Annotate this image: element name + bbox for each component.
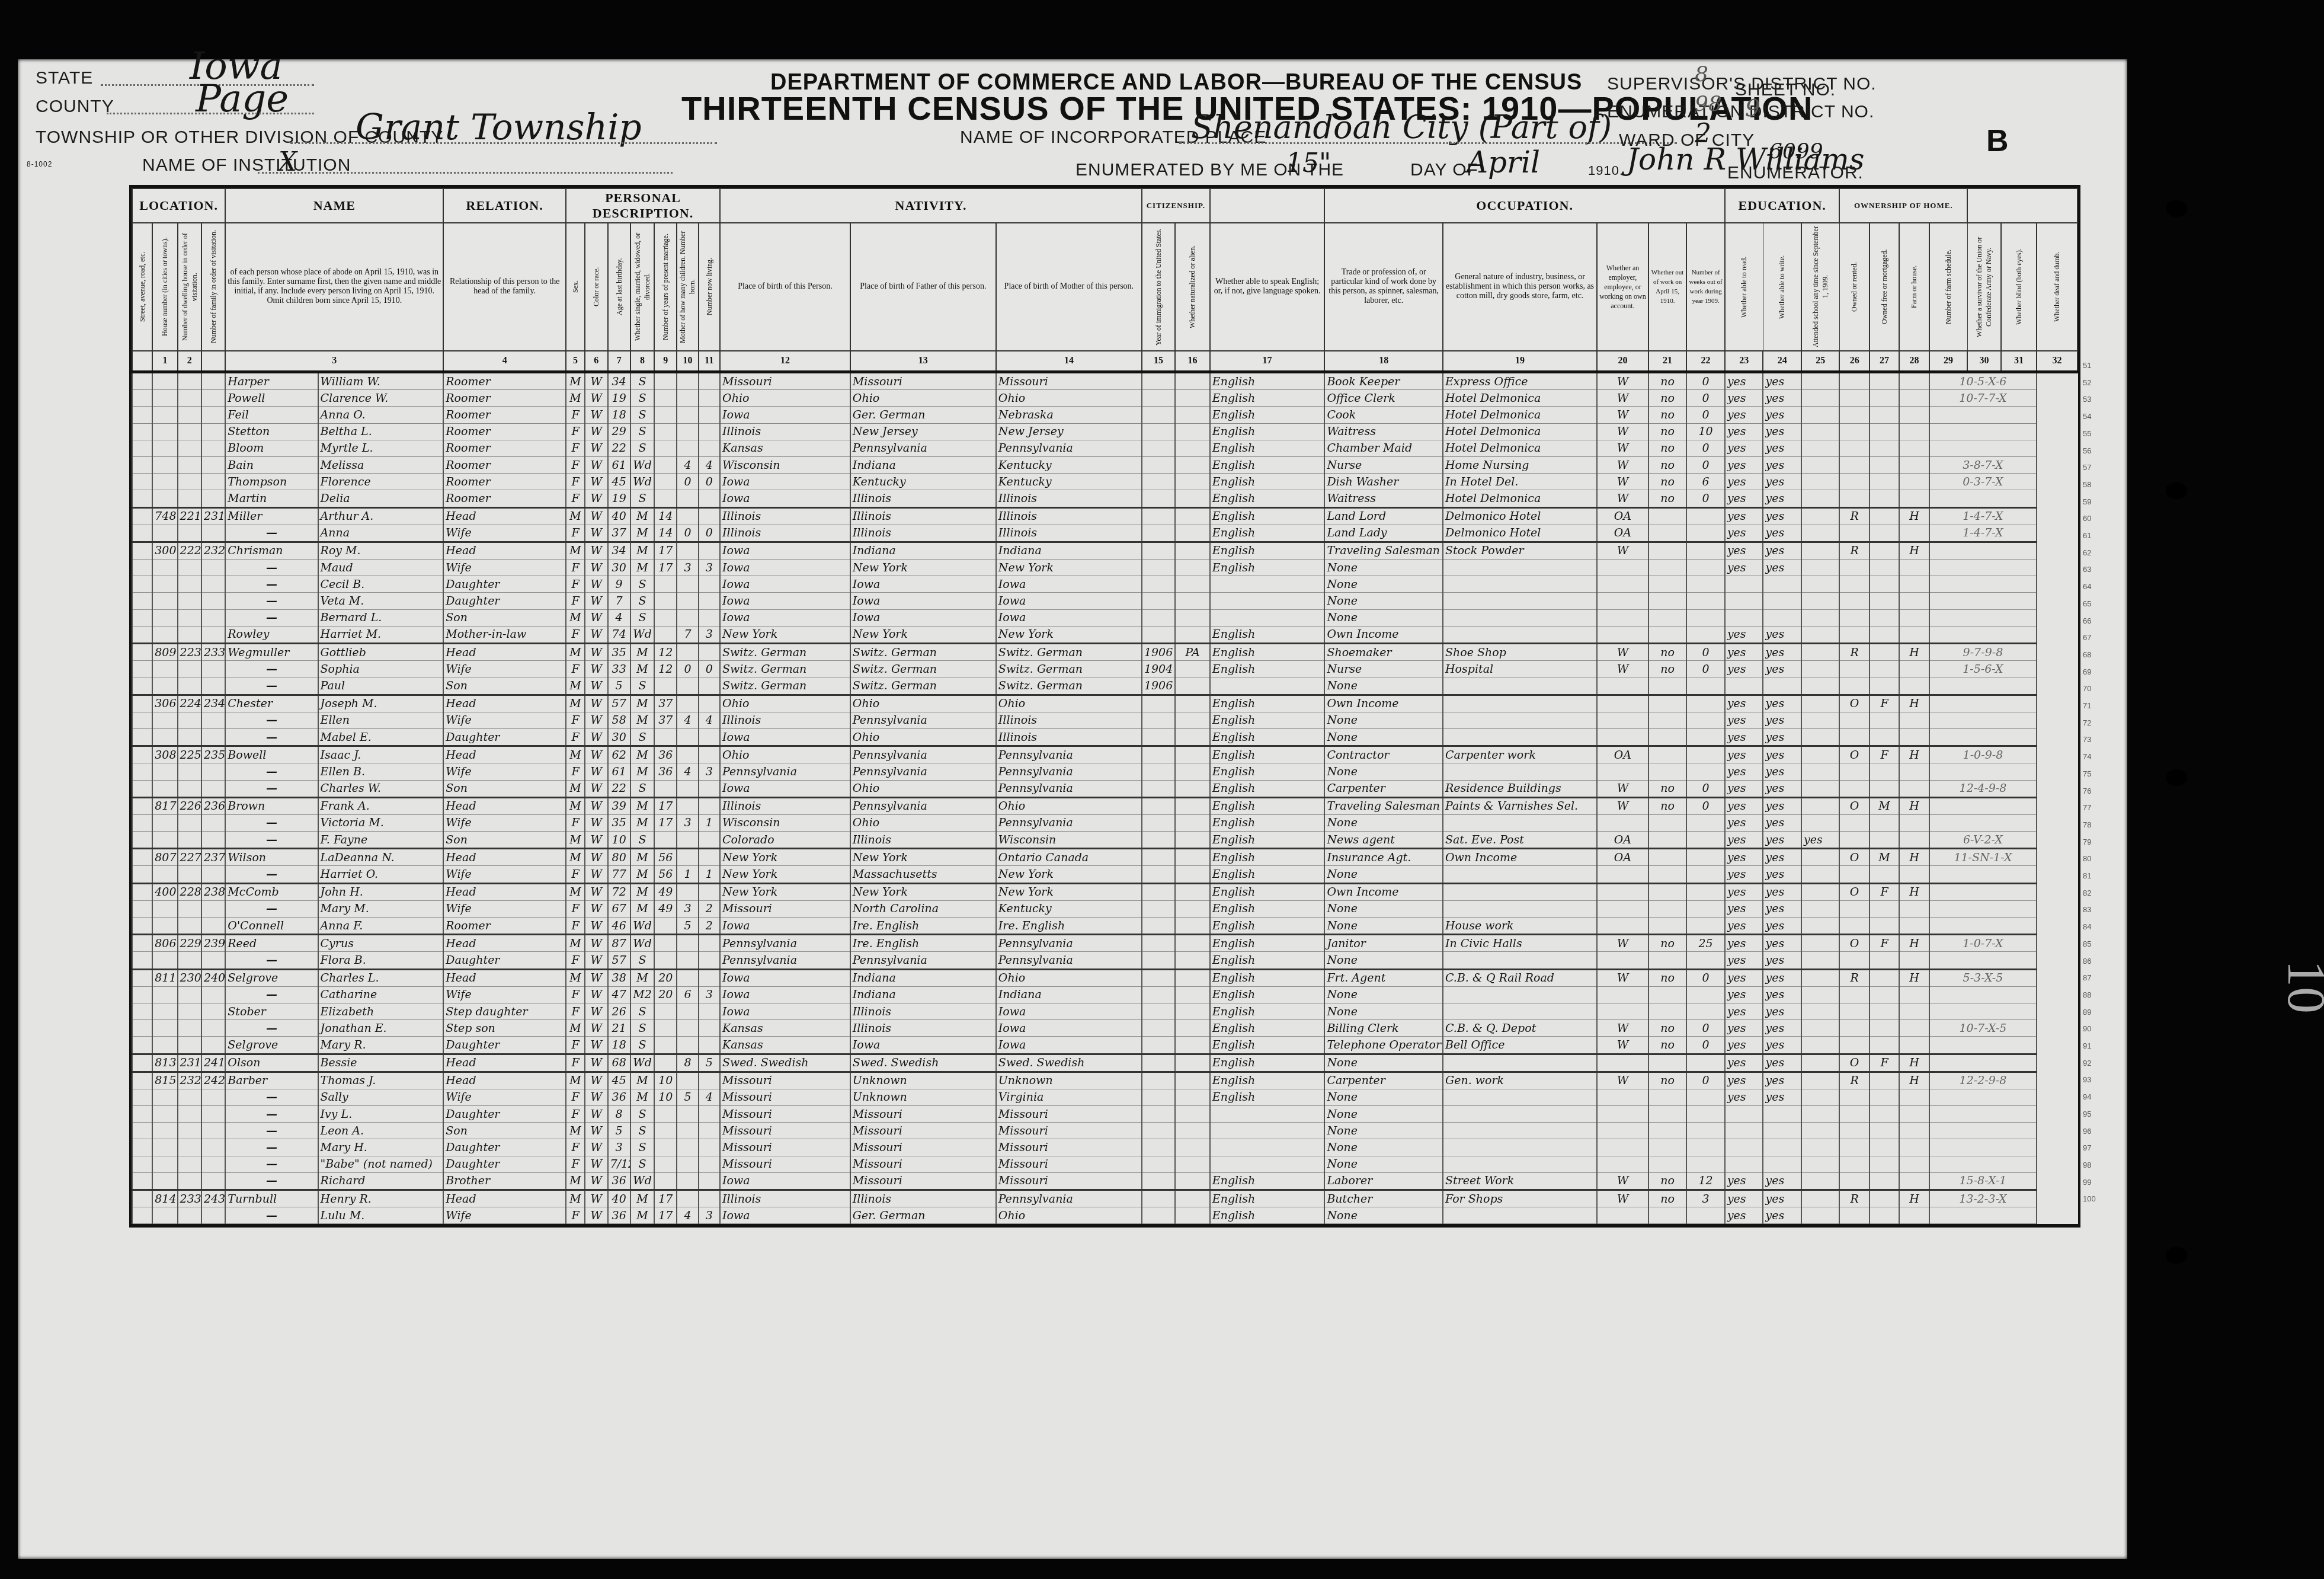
cell-trade: Billing Clerk — [1324, 1020, 1443, 1037]
cell-sched-a — [1929, 695, 2037, 712]
line-number: 61 — [2083, 531, 2091, 540]
cell-sex: M — [566, 507, 585, 525]
cell-marital: S — [630, 1139, 654, 1156]
cell-family: 239 — [201, 935, 225, 952]
cell-weeks — [1686, 918, 1725, 935]
cell-dwelling — [178, 661, 201, 677]
table-row: 308225235BowellIsaac J.HeadMW62M36OhioPe… — [132, 746, 2077, 763]
cell-pob-m: Illinois — [996, 490, 1142, 507]
cell-imm: 1906 — [1142, 644, 1175, 661]
cell-born: 4 — [677, 456, 698, 473]
cell-living — [699, 935, 720, 952]
cell-born: 4 — [677, 1207, 698, 1224]
cell-living — [699, 832, 720, 849]
cell-read — [1725, 593, 1763, 609]
line-number: 95 — [2083, 1110, 2091, 1118]
cell-trade: Traveling Salesman — [1324, 542, 1443, 559]
cell-read: yes — [1725, 507, 1763, 525]
cell-oow — [1648, 507, 1687, 525]
cell-own — [1839, 780, 1869, 797]
cell-nat — [1175, 969, 1209, 986]
cell-family — [201, 390, 225, 407]
cell-write: yes — [1763, 542, 1801, 559]
hdr-blind: Whether blind (both eyes). — [2001, 223, 2037, 351]
cell-house: 809 — [152, 644, 177, 661]
cell-age: 18 — [608, 1037, 630, 1054]
line-number: 93 — [2083, 1075, 2091, 1084]
cell-emp — [1597, 1003, 1648, 1019]
cell-pob-f: Missouri — [850, 1123, 996, 1139]
cell-living: 4 — [699, 712, 720, 728]
cell-imm — [1142, 935, 1175, 952]
cell-pob-f: Switz. German — [850, 644, 996, 661]
cell-born — [677, 1037, 698, 1054]
cell-industry: Express Office — [1443, 372, 1597, 390]
cell-race: W — [585, 695, 607, 712]
cell-sched-a: 11-SN-1-X — [1929, 849, 2037, 866]
cell-trade: None — [1324, 576, 1443, 593]
cell-weeks: 0 — [1686, 644, 1725, 661]
cell-living: 4 — [699, 456, 720, 473]
cell-living — [699, 1072, 720, 1089]
cell-write: yes — [1763, 1089, 1801, 1105]
cell-sex: M — [566, 849, 585, 866]
cell-yrs: 14 — [654, 525, 677, 542]
cell-pob-f: Indiana — [850, 969, 996, 986]
cell-free — [1870, 677, 1899, 695]
table-row: BainMelissaRoomerFW61Wd44WisconsinIndian… — [132, 456, 2077, 473]
line-number: 92 — [2083, 1059, 2091, 1067]
line-number: 71 — [2083, 701, 2091, 710]
cell-born: 5 — [677, 918, 698, 935]
cell-relation: Daughter — [443, 593, 566, 609]
cell-weeks: 0 — [1686, 372, 1725, 390]
cell-industry: Hotel Delmonica — [1443, 490, 1597, 507]
township-line — [290, 142, 717, 144]
cell-surname: Rowley — [225, 626, 318, 643]
cell-yrs: 49 — [654, 900, 677, 917]
cell-nat — [1175, 952, 1209, 969]
table-row: 300222232ChrismanRoy M.HeadMW34M17IowaIn… — [132, 542, 2077, 559]
cell-surname: Bloom — [225, 440, 318, 456]
cell-relation: Daughter — [443, 1037, 566, 1054]
cell-race: W — [585, 372, 607, 390]
cell-yrs — [654, 423, 677, 440]
cell-own — [1839, 576, 1869, 593]
cell-weeks — [1686, 1106, 1725, 1123]
cell-pob: Illinois — [720, 507, 850, 525]
cell-pob-f: Illinois — [850, 1190, 996, 1207]
cell-dwelling — [178, 609, 201, 626]
census-rows: HarperWilliam W.RoomerMW34SMissouriMisso… — [132, 372, 2077, 1224]
cell-own — [1839, 525, 1869, 542]
cell-free: M — [1870, 849, 1899, 866]
cell-emp: W — [1597, 1037, 1648, 1054]
cell-pob: Missouri — [720, 372, 850, 390]
cell-nat — [1175, 560, 1209, 576]
cell-imm — [1142, 1106, 1175, 1123]
group-location: LOCATION. — [132, 188, 225, 223]
cell-school — [1801, 763, 1840, 780]
cell-pob-f: Indiana — [850, 542, 996, 559]
cell-farm — [1899, 814, 1929, 831]
cell-pob: Ohio — [720, 390, 850, 407]
cell-marital: S — [630, 728, 654, 746]
cell-given: Harriet M. — [318, 626, 444, 643]
cell-pob: Ohio — [720, 695, 850, 712]
cell-house: 817 — [152, 797, 177, 814]
cell-write: yes — [1763, 1072, 1801, 1089]
cell-surname: — — [225, 763, 318, 780]
table-row: —Jonathan E.Step sonMW21SKansasIllinoisI… — [132, 1020, 2077, 1037]
cell-age: 46 — [608, 918, 630, 935]
cell-sex: F — [566, 952, 585, 969]
cell-pob-f: Massachusetts — [850, 866, 996, 883]
cell-race: W — [585, 763, 607, 780]
cell-given: "Babe" (not named) — [318, 1156, 444, 1172]
cell-free — [1870, 474, 1899, 490]
cell-age: 39 — [608, 797, 630, 814]
cell-sched-a — [1929, 728, 2037, 746]
cell-given: Jonathan E. — [318, 1020, 444, 1037]
cell-school — [1801, 507, 1840, 525]
colnum: 1 — [152, 351, 177, 372]
cell-family — [201, 728, 225, 746]
cell-nat — [1175, 576, 1209, 593]
cell-yrs — [654, 407, 677, 423]
cell-yrs — [654, 1054, 677, 1072]
cell-oow: no — [1648, 1020, 1687, 1037]
cell-industry: Sat. Eve. Post — [1443, 832, 1597, 849]
cell-street — [132, 525, 152, 542]
cell-emp: W — [1597, 456, 1648, 473]
cell-marital: S — [630, 390, 654, 407]
group-personal: PERSONAL DESCRIPTION. — [566, 188, 720, 223]
cell-nat — [1175, 593, 1209, 609]
cell-industry: Delmonico Hotel — [1443, 525, 1597, 542]
cell-family — [201, 900, 225, 917]
cell-age: 19 — [608, 390, 630, 407]
cell-house — [152, 986, 177, 1003]
colnum: 31 — [2001, 351, 2037, 372]
cell-marital: M — [630, 866, 654, 883]
cell-write: yes — [1763, 661, 1801, 677]
cell-emp: OA — [1597, 507, 1648, 525]
cell-given: Ellen — [318, 712, 444, 728]
cell-relation: Roomer — [443, 456, 566, 473]
cell-nat — [1175, 1123, 1209, 1139]
cell-farm — [1899, 918, 1929, 935]
cell-read: yes — [1725, 1190, 1763, 1207]
cell-sex: M — [566, 644, 585, 661]
cell-write: yes — [1763, 507, 1801, 525]
cell-pob-m: Kentucky — [996, 456, 1142, 473]
cell-house — [152, 525, 177, 542]
cell-school — [1801, 1106, 1840, 1123]
cell-emp — [1597, 814, 1648, 831]
group-education: EDUCATION. — [1725, 188, 1840, 223]
cell-family — [201, 1123, 225, 1139]
table-row: FeilAnna O.RoomerFW18SIowaGer. GermanNeb… — [132, 407, 2077, 423]
cell-trade: Own Income — [1324, 695, 1443, 712]
cell-school — [1801, 883, 1840, 900]
cell-sex: F — [566, 407, 585, 423]
cell-living: 0 — [699, 661, 720, 677]
cell-nat — [1175, 866, 1209, 883]
cell-own — [1839, 1123, 1869, 1139]
cell-pob-m: Iowa — [996, 576, 1142, 593]
cell-school — [1801, 1156, 1840, 1172]
cell-trade: Dish Washer — [1324, 474, 1443, 490]
line-number: 62 — [2083, 548, 2091, 557]
cell-industry — [1443, 712, 1597, 728]
cell-read: yes — [1725, 935, 1763, 952]
cell-emp: W — [1597, 542, 1648, 559]
cell-nat — [1175, 661, 1209, 677]
cell-own: R — [1839, 507, 1869, 525]
cell-sched-a — [1929, 609, 2037, 626]
cell-own: O — [1839, 746, 1869, 763]
cell-trade: News agent — [1324, 832, 1443, 849]
cell-trade: Laborer — [1324, 1172, 1443, 1190]
cell-oow: no — [1648, 423, 1687, 440]
cell-relation: Wife — [443, 525, 566, 542]
cell-industry — [1443, 1089, 1597, 1105]
cell-living — [699, 797, 720, 814]
cell-school — [1801, 1054, 1840, 1072]
cell-free — [1870, 728, 1899, 746]
cell-street — [132, 542, 152, 559]
cell-yrs — [654, 456, 677, 473]
cell-nat — [1175, 814, 1209, 831]
cell-yrs — [654, 780, 677, 797]
cell-farm — [1899, 440, 1929, 456]
cell-given: Veta M. — [318, 593, 444, 609]
cell-write: yes — [1763, 712, 1801, 728]
cell-marital: Wd — [630, 456, 654, 473]
cell-farm — [1899, 525, 1929, 542]
enumeration-month: April — [1467, 145, 1540, 180]
cell-dwelling — [178, 780, 201, 797]
cell-industry: C.B. & Q. Depot — [1443, 1020, 1597, 1037]
cell-dwelling — [178, 1123, 201, 1139]
cell-own — [1839, 474, 1869, 490]
cell-pob-m: Switz. German — [996, 661, 1142, 677]
cell-industry — [1443, 576, 1597, 593]
cell-surname: Wegmuller — [225, 644, 318, 661]
cell-write: yes — [1763, 935, 1801, 952]
cell-farm — [1899, 576, 1929, 593]
cell-school — [1801, 780, 1840, 797]
cell-yrs — [654, 576, 677, 593]
cell-family — [201, 1003, 225, 1019]
cell-relation: Son — [443, 609, 566, 626]
cell-lang: English — [1210, 1054, 1325, 1072]
cell-school — [1801, 1190, 1840, 1207]
cell-house — [152, 866, 177, 883]
cell-sched-a: 1-4-7-X — [1929, 507, 2037, 525]
cell-race: W — [585, 1139, 607, 1156]
hdr-deaf: Whether deaf and dumb. — [2037, 223, 2077, 351]
cell-surname: Wilson — [225, 849, 318, 866]
cell-nat — [1175, 677, 1209, 695]
cell-nat — [1175, 525, 1209, 542]
cell-read: yes — [1725, 474, 1763, 490]
cell-own — [1839, 1172, 1869, 1190]
cell-yrs — [654, 832, 677, 849]
hdr-owned: Owned or rented. — [1839, 223, 1869, 351]
hdr-birth-person: Place of birth of this Person. — [720, 223, 850, 351]
cell-pob: Iowa — [720, 969, 850, 986]
cell-marital: S — [630, 609, 654, 626]
cell-free — [1870, 525, 1899, 542]
cell-born: 4 — [677, 712, 698, 728]
colnum: 15 — [1142, 351, 1175, 372]
cell-age: 26 — [608, 1003, 630, 1019]
cell-marital: M — [630, 644, 654, 661]
cell-industry: Shoe Shop — [1443, 644, 1597, 661]
cell-street — [132, 440, 152, 456]
cell-age: 30 — [608, 560, 630, 576]
cell-yrs — [654, 1037, 677, 1054]
cell-race: W — [585, 609, 607, 626]
cell-pob-m: New York — [996, 866, 1142, 883]
cell-read: yes — [1725, 1207, 1763, 1224]
cell-house: 400 — [152, 883, 177, 900]
cell-read: yes — [1725, 490, 1763, 507]
cell-school — [1801, 952, 1840, 969]
cell-pob: Iowa — [720, 1172, 850, 1190]
line-number: 64 — [2083, 582, 2091, 591]
cell-given: Lulu M. — [318, 1207, 444, 1224]
cell-born — [677, 728, 698, 746]
cell-family: 238 — [201, 883, 225, 900]
cell-imm — [1142, 866, 1175, 883]
cell-oow — [1648, 1089, 1687, 1105]
line-number: 69 — [2083, 667, 2091, 676]
cell-given: Mary H. — [318, 1139, 444, 1156]
cell-write — [1763, 1156, 1801, 1172]
cell-pob: Colorado — [720, 832, 850, 849]
cell-marital: M — [630, 763, 654, 780]
cell-pob: Missouri — [720, 1139, 850, 1156]
cell-pob: Illinois — [720, 797, 850, 814]
line-number: 73 — [2083, 735, 2091, 744]
cell-lang — [1210, 576, 1325, 593]
cell-free — [1870, 576, 1899, 593]
cell-street — [132, 626, 152, 643]
cell-lang: English — [1210, 661, 1325, 677]
cell-street — [132, 474, 152, 490]
cell-industry: Home Nursing — [1443, 456, 1597, 473]
cell-living — [699, 372, 720, 390]
cell-imm — [1142, 814, 1175, 831]
cell-marital: S — [630, 1020, 654, 1037]
cell-pob-f: Ohio — [850, 390, 996, 407]
cell-race: W — [585, 780, 607, 797]
cell-oow — [1648, 763, 1687, 780]
cell-free — [1870, 780, 1899, 797]
cell-farm: H — [1899, 507, 1929, 525]
cell-free — [1870, 507, 1899, 525]
cell-school — [1801, 576, 1840, 593]
cell-farm — [1899, 1106, 1929, 1123]
cell-own — [1839, 677, 1869, 695]
cell-sched-a: 1-4-7-X — [1929, 525, 2037, 542]
cell-pob: Swed. Swedish — [720, 1054, 850, 1072]
cell-weeks — [1686, 1003, 1725, 1019]
cell-race: W — [585, 407, 607, 423]
cell-born: 8 — [677, 1054, 698, 1072]
line-number: 67 — [2083, 633, 2091, 642]
cell-pob-m: New York — [996, 626, 1142, 643]
cell-yrs — [654, 1003, 677, 1019]
cell-nat — [1175, 918, 1209, 935]
cell-born — [677, 1190, 698, 1207]
cell-farm — [1899, 900, 1929, 917]
cell-pob-m: Switz. German — [996, 677, 1142, 695]
cell-trade: Own Income — [1324, 626, 1443, 643]
cell-oow — [1648, 918, 1687, 935]
cell-free — [1870, 1037, 1899, 1054]
cell-relation: Son — [443, 780, 566, 797]
cell-living — [699, 1123, 720, 1139]
cell-trade: Janitor — [1324, 935, 1443, 952]
cell-dwelling — [178, 626, 201, 643]
cell-race: W — [585, 918, 607, 935]
cell-imm — [1142, 1037, 1175, 1054]
cell-industry — [1443, 900, 1597, 917]
cell-read: yes — [1725, 918, 1763, 935]
cell-pob-m: Swed. Swedish — [996, 1054, 1142, 1072]
cell-weeks — [1686, 1156, 1725, 1172]
cell-yrs — [654, 1123, 677, 1139]
table-row: —CatharineWifeFW47M22063IowaIndianaIndia… — [132, 986, 2077, 1003]
cell-trade: Waitress — [1324, 490, 1443, 507]
cell-relation: Head — [443, 644, 566, 661]
hdr-race: Color or race. — [585, 223, 607, 351]
cell-born — [677, 1003, 698, 1019]
cell-surname: Bain — [225, 456, 318, 473]
cell-surname: Bowell — [225, 746, 318, 763]
cell-sched-a — [1929, 542, 2037, 559]
cell-yrs — [654, 1020, 677, 1037]
cell-house — [152, 1123, 177, 1139]
hdr-out-of-work: Whether out of work on April 15, 1910. — [1648, 223, 1687, 351]
cell-own — [1839, 814, 1869, 831]
cell-born — [677, 1172, 698, 1190]
cell-emp — [1597, 986, 1648, 1003]
cell-pob: Kansas — [720, 1020, 850, 1037]
cell-relation: Head — [443, 542, 566, 559]
cell-imm — [1142, 832, 1175, 849]
cell-sched-a: 15-8-X-1 — [1929, 1172, 2037, 1190]
cell-age: 21 — [608, 1020, 630, 1037]
cell-marital: S — [630, 593, 654, 609]
cell-farm: H — [1899, 849, 1929, 866]
hdr-school: Attended school any time since September… — [1801, 223, 1840, 351]
cell-dwelling: 225 — [178, 746, 201, 763]
cell-own — [1839, 918, 1869, 935]
cell-dwelling — [178, 1020, 201, 1037]
cell-school — [1801, 695, 1840, 712]
cell-marital: M — [630, 814, 654, 831]
cell-born — [677, 593, 698, 609]
cell-emp — [1597, 677, 1648, 695]
cell-own — [1839, 1089, 1869, 1105]
cell-marital: M — [630, 849, 654, 866]
cell-born — [677, 407, 698, 423]
